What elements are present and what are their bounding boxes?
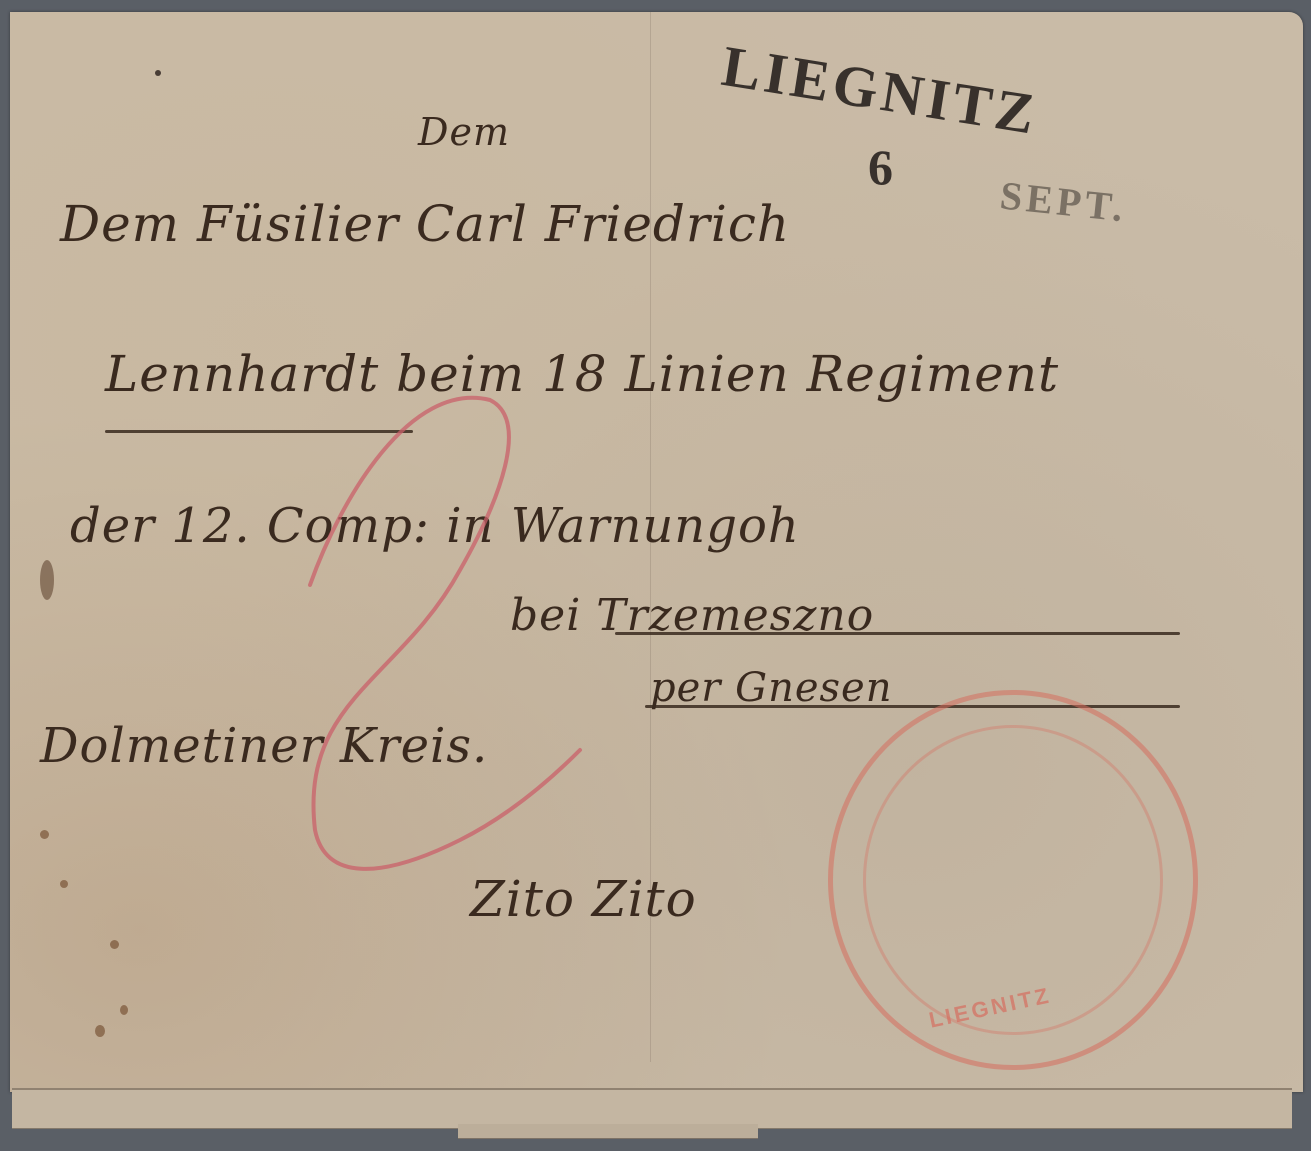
red-postmark-inner-ring [863, 725, 1163, 1035]
fold-strip [458, 1124, 758, 1139]
red-rate-mark [280, 380, 600, 900]
underline [645, 705, 1180, 708]
ink-spot [120, 1005, 128, 1015]
ink-spot [95, 1025, 105, 1037]
ink-spot [40, 830, 49, 839]
bottom-fold-flap [12, 1088, 1292, 1129]
ink-spot [155, 70, 161, 76]
ink-spot [40, 560, 54, 600]
address-line-dem: Dem [418, 110, 510, 154]
address-line-1: Dem Füsilier Carl Friedrich [60, 195, 790, 253]
ink-spot [60, 880, 68, 888]
underline [615, 632, 1180, 635]
red-circular-postmark: LIEGNITZ [828, 690, 1198, 1070]
postmark-day: 6 [868, 138, 897, 196]
ink-spot [110, 940, 119, 949]
